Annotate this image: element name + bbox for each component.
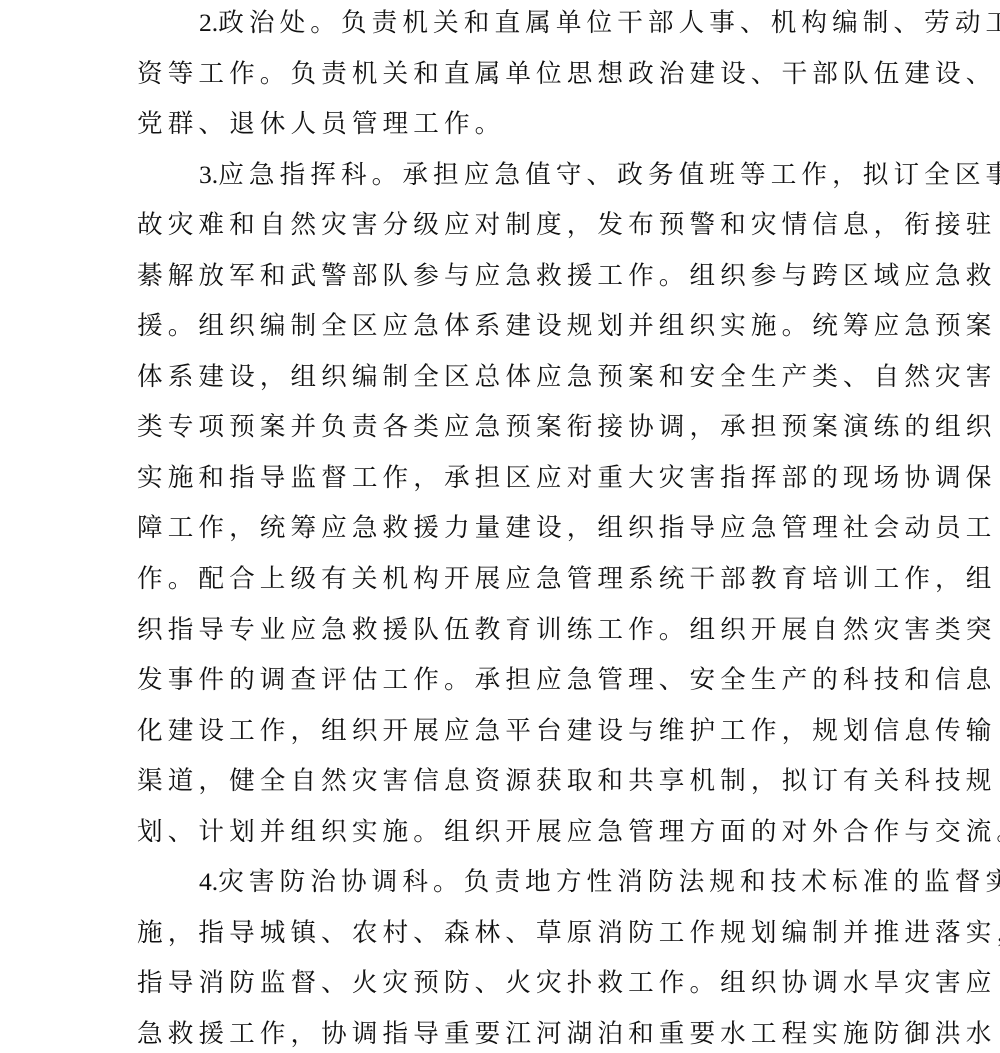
text-line: 援。组织编制全区应急体系建设规划并组织实施。统筹应急预案 bbox=[137, 301, 897, 352]
text-line: 政治处。负责机关和直属单位干部人事、机构编制、劳动工 bbox=[218, 8, 1000, 38]
text-line: 应急指挥科。承担应急值守、政务值班等工作，拟订全区事 bbox=[218, 160, 1000, 190]
text-line: 急救援工作，协调指导重要江河湖泊和重要水工程实施防御洪水 bbox=[137, 1009, 897, 1053]
text-line: 类专项预案并负责各类应急预案衔接协调，承担预案演练的组织 bbox=[137, 402, 897, 453]
text-line: 灾害防治协调科。负责地方性消防法规和技术标准的监督实 bbox=[218, 867, 1000, 897]
paragraph-political-office: 2.政治处。负责机关和直属单位干部人事、机构编制、劳动工 资等工作。负责机关和直… bbox=[137, 0, 897, 150]
document-body: 2.政治处。负责机关和直属单位干部人事、机构编制、劳动工 资等工作。负责机关和直… bbox=[137, 0, 897, 1053]
text-line: 党群、退休人员管理工作。 bbox=[137, 99, 897, 150]
text-line: 作。配合上级有关机构开展应急管理系统干部教育培训工作，组 bbox=[137, 554, 897, 605]
text-line: 体系建设，组织编制全区总体应急预案和安全生产类、自然灾害 bbox=[137, 352, 897, 403]
text-line: 实施和指导监督工作，承担区应对重大灾害指挥部的现场协调保 bbox=[137, 453, 897, 504]
paragraph-number: 4. bbox=[199, 867, 218, 896]
text-line: 綦解放军和武警部队参与应急救援工作。组织参与跨区域应急救 bbox=[137, 251, 897, 302]
paragraph-first-line: 4.灾害防治协调科。负责地方性消防法规和技术标准的监督实 bbox=[137, 857, 897, 908]
paragraph-emergency-command: 3.应急指挥科。承担应急值守、政务值班等工作，拟订全区事 故灾难和自然灾害分级应… bbox=[137, 150, 897, 858]
text-line: 织指导专业应急救援队伍教育训练工作。组织开展自然灾害类突 bbox=[137, 605, 897, 656]
text-line: 施，指导城镇、农村、森林、草原消防工作规划编制并推进落实， bbox=[137, 908, 897, 959]
text-line: 障工作，统筹应急救援力量建设，组织指导应急管理社会动员工 bbox=[137, 503, 897, 554]
text-line: 化建设工作，组织开展应急平台建设与维护工作，规划信息传输 bbox=[137, 706, 897, 757]
text-line: 故灾难和自然灾害分级应对制度，发布预警和灾情信息，衔接驻 bbox=[137, 200, 897, 251]
paragraph-first-line: 3.应急指挥科。承担应急值守、政务值班等工作，拟订全区事 bbox=[137, 150, 897, 201]
text-line: 渠道，健全自然灾害信息资源获取和共享机制，拟订有关科技规 bbox=[137, 756, 897, 807]
paragraph-disaster-prevention: 4.灾害防治协调科。负责地方性消防法规和技术标准的监督实 施，指导城镇、农村、森… bbox=[137, 857, 897, 1053]
text-line: 指导消防监督、火灾预防、火灾扑救工作。组织协调水旱灾害应 bbox=[137, 958, 897, 1009]
document-page: 2.政治处。负责机关和直属单位干部人事、机构编制、劳动工 资等工作。负责机关和直… bbox=[0, 0, 1000, 1053]
text-line: 划、计划并组织实施。组织开展应急管理方面的对外合作与交流。 bbox=[137, 807, 897, 858]
text-line: 资等工作。负责机关和直属单位思想政治建设、干部队伍建设、 bbox=[137, 49, 897, 100]
paragraph-first-line: 2.政治处。负责机关和直属单位干部人事、机构编制、劳动工 bbox=[137, 0, 897, 49]
paragraph-number: 3. bbox=[199, 160, 218, 189]
text-line: 发事件的调查评估工作。承担应急管理、安全生产的科技和信息 bbox=[137, 655, 897, 706]
paragraph-number: 2. bbox=[199, 8, 218, 37]
